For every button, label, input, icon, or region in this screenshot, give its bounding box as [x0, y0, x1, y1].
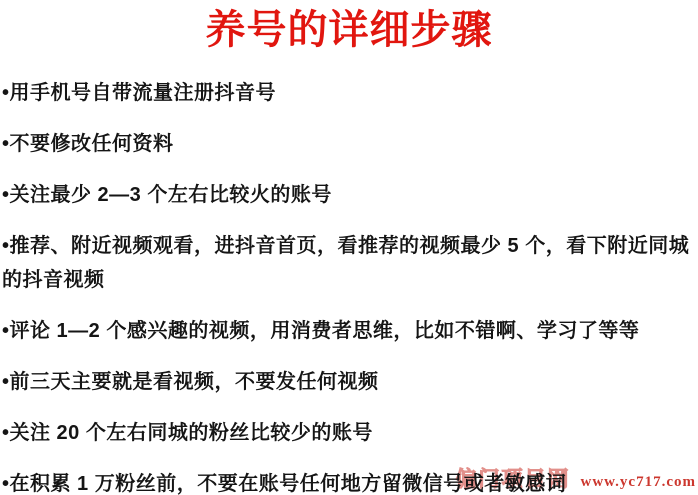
step-item: •不要修改任何资料 — [2, 127, 696, 161]
step-item: •评论 1—2 个感兴趣的视频，用消费者思维，比如不错啊、学习了等等 — [2, 314, 696, 348]
step-item: •关注 20 个左右同城的粉丝比较少的账号 — [2, 416, 696, 450]
step-item: •用手机号自带流量注册抖音号 — [2, 76, 696, 110]
step-item: •关注最少 2—3 个左右比较火的账号 — [2, 178, 696, 212]
slide-page: 养号的详细步骤 •用手机号自带流量注册抖音号 •不要修改任何资料 •关注最少 2… — [0, 0, 698, 495]
step-item: •在积累 1 万粉丝前，不要在账号任何地方留微信号或者敏感词 — [2, 467, 696, 495]
steps-list: •用手机号自带流量注册抖音号 •不要修改任何资料 •关注最少 2—3 个左右比较… — [0, 76, 698, 495]
page-title: 养号的详细步骤 — [0, 8, 698, 52]
step-item: •推荐、附近视频观看，进抖音首页，看推荐的视频最少 5 个，看下附近同城的抖音视… — [2, 229, 696, 297]
step-item: •前三天主要就是看视频，不要发任何视频 — [2, 365, 696, 399]
